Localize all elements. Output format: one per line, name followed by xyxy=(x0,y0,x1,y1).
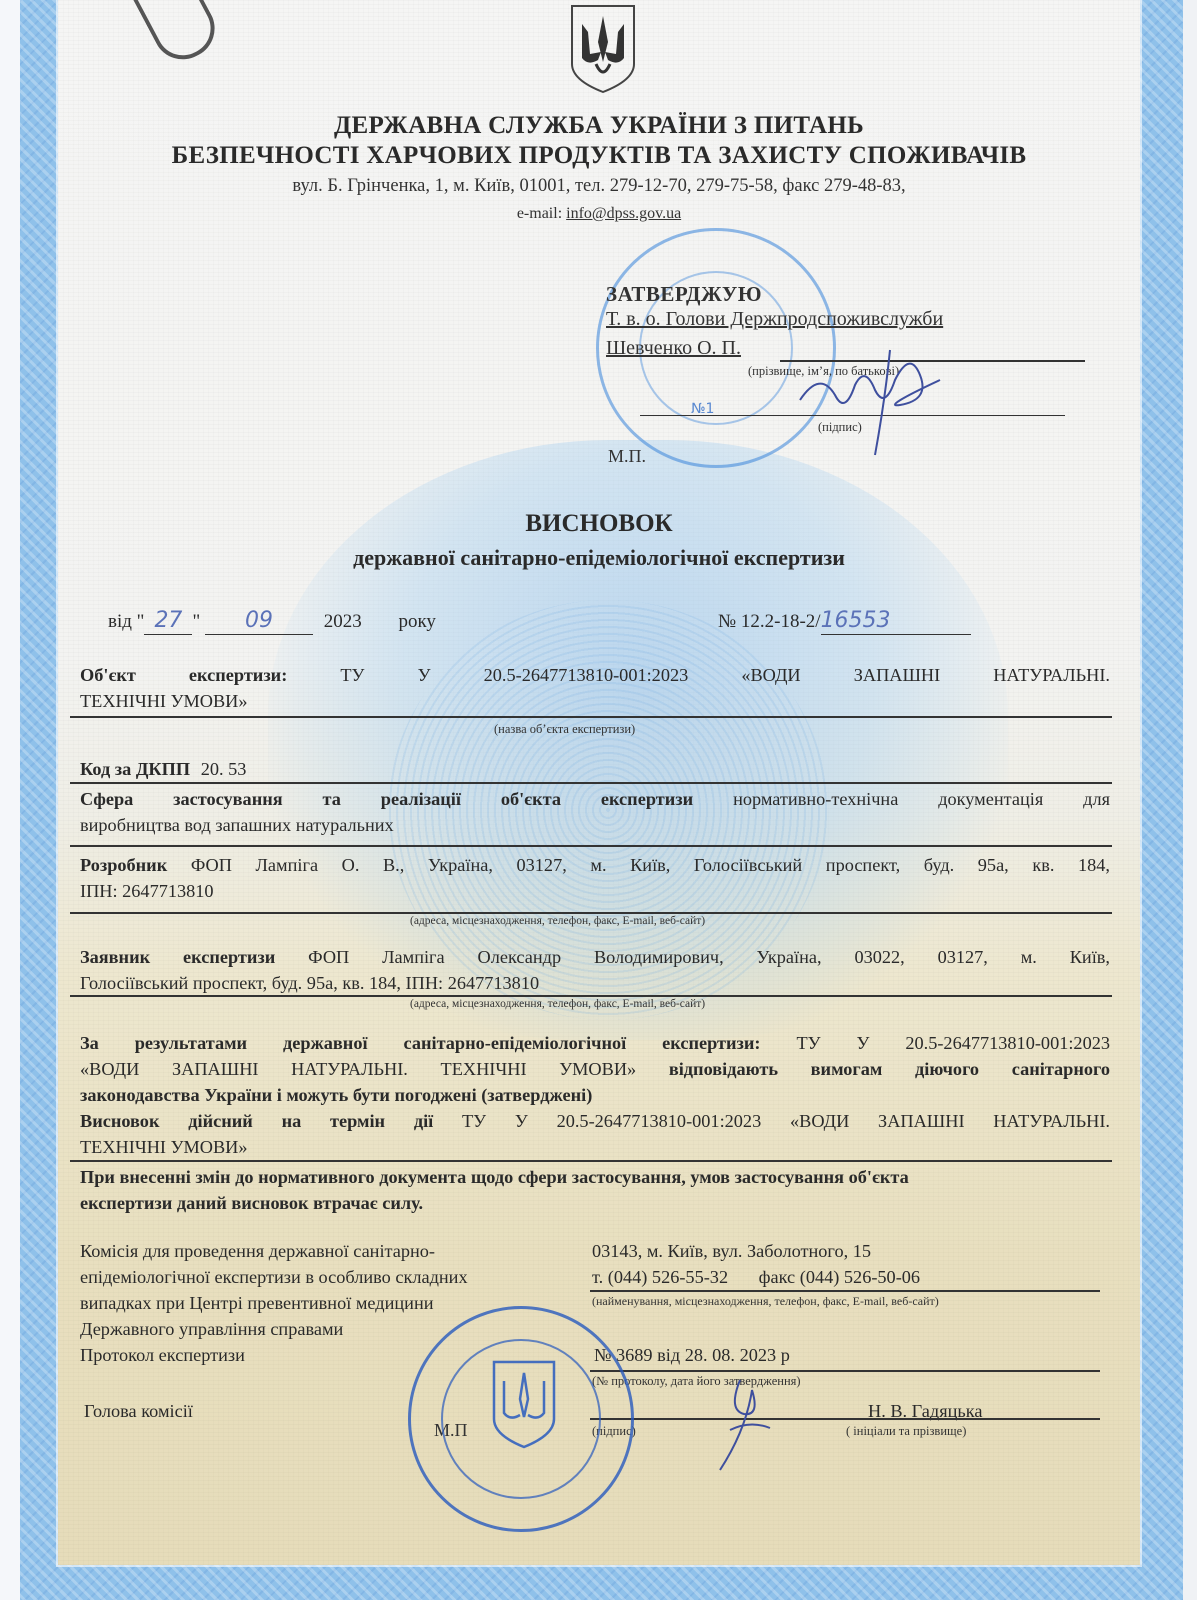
protocol-label: Протокол експертизи xyxy=(80,1342,245,1368)
developer-value-line2: ІПН: 2647713810 xyxy=(80,878,214,904)
document-number-handwritten: 16553 xyxy=(821,608,971,635)
trident-emblem-icon xyxy=(568,2,638,94)
document-number: № 12.2-18-2/16553 xyxy=(718,608,971,635)
background-right xyxy=(1183,0,1197,1600)
validity-label: Висновок дійсний на термін дії xyxy=(80,1111,433,1131)
approval-title: ЗАТВЕРДЖУЮ xyxy=(606,282,762,307)
org-name-line1: ДЕРЖАВНА СЛУЖБА УКРАЇНИ З ПИТАНЬ xyxy=(58,112,1140,140)
commission-phone: т. (044) 526-55-32 xyxy=(592,1267,728,1287)
background-left xyxy=(0,0,20,1600)
validity-line1: Висновок дійсний на термін дії ТУ У 20.5… xyxy=(80,1108,1110,1134)
dkpp-row: Код за ДКПП 20. 53 xyxy=(80,756,246,782)
applicant-label: Заявник експертизи xyxy=(80,947,275,967)
dkpp-value: 20. 53 xyxy=(201,759,247,779)
result-label: За результатами державної санітарно-епід… xyxy=(80,1033,761,1053)
commission-contacts: т. (044) 526-55-32 факс (044) 526-50-06 xyxy=(592,1264,920,1290)
scope-value-line2: виробництва вод запашних натуральних xyxy=(80,812,394,838)
applicant-caption: (адреса, місцезнаходження, телефон, факс… xyxy=(410,998,705,1010)
date-month: 09 xyxy=(205,608,313,635)
email-label: e-mail: xyxy=(517,205,562,222)
commission-address: 03143, м. Київ, вул. Заболотного, 15 xyxy=(592,1238,871,1264)
developer-value-line1: ФОП Лампіга О. В., Україна, 03127, м. Ки… xyxy=(191,855,1110,875)
object-value-line1: ТУ У 20.5-2647713810-001:2023 «ВОДИ ЗАПА… xyxy=(340,665,1110,685)
org-email-row: e-mail: info@dpss.gov.ua xyxy=(58,205,1140,223)
stamp-trident-icon xyxy=(491,1359,557,1449)
applicant-value-line2: Голосіївський проспект, буд. 95а, кв. 18… xyxy=(80,970,539,996)
document-subtitle: державної санітарно-епідеміологічної екс… xyxy=(58,545,1140,571)
result-value-line2: «ВОДИ ЗАПАШНІ НАТУРАЛЬНІ. ТЕХНІЧНІ УМОВИ… xyxy=(80,1059,636,1079)
scope-label: Сфера застосування та реалізації об'єкта… xyxy=(80,789,693,809)
developer-label: Розробник xyxy=(80,855,167,875)
scope-value-line1: нормативно-технічна документація для xyxy=(733,789,1110,809)
date-year: 2023 xyxy=(324,611,362,632)
document-title: ВИСНОВОК xyxy=(58,510,1140,538)
head-name: Н. В. Гадяцька xyxy=(868,1398,982,1424)
validity-value-line1: ТУ У 20.5-2647713810-001:2023 «ВОДИ ЗАПА… xyxy=(462,1111,1110,1131)
protocol-value: № 3689 від 28. 08. 2023 р xyxy=(594,1342,790,1368)
date-day: 27 xyxy=(144,608,192,635)
approval-position: Т. в. о. Голови Держпродспоживслужби xyxy=(606,308,943,331)
commission-fax: факс (044) 526-50-06 xyxy=(759,1267,920,1287)
warning-line1: При внесенні змін до нормативного докуме… xyxy=(80,1164,1110,1190)
approval-mp: М.П. xyxy=(608,446,646,467)
head-name-caption: ( ініціали та прізвище) xyxy=(846,1424,966,1439)
object-caption: (назва об’єкта експертизи) xyxy=(494,722,635,737)
commission-name: Комісія для проведення державної санітар… xyxy=(80,1238,468,1342)
applicant-value-line1: ФОП Лампіга Олександр Володимирович, Укр… xyxy=(308,947,1110,967)
result-line3: законодавства України і можуть бути пого… xyxy=(80,1082,592,1108)
org-address: вул. Б. Грінченка, 1, м. Київ, 01001, те… xyxy=(58,176,1140,197)
approval-signature xyxy=(790,330,950,460)
commission-head-signature xyxy=(700,1370,780,1480)
warning-line2: експертизи даний висновок втрачає силу. xyxy=(80,1190,423,1216)
object-value-line2: ТЕХНІЧНІ УМОВИ» xyxy=(80,688,248,714)
object-label: Об'єкт експертизи: xyxy=(80,665,287,685)
result-value-line1: ТУ У 20.5-2647713810-001:2023 xyxy=(796,1033,1110,1053)
dkpp-label: Код за ДКПП xyxy=(80,759,190,779)
applicant-row-line1: Заявник експертизи ФОП Лампіга Олександр… xyxy=(80,944,1110,970)
developer-caption: (адреса, місцезнаходження, телефон, факс… xyxy=(410,915,705,927)
result-conclusion: відповідають вимогам діючого санітарного xyxy=(669,1059,1110,1079)
org-name-line2: БЕЗПЕЧНОСТІ ХАРЧОВИХ ПРОДУКТІВ ТА ЗАХИСТ… xyxy=(58,142,1140,170)
email-link[interactable]: info@dpss.gov.ua xyxy=(566,205,681,222)
result-line1: За результатами державної санітарно-епід… xyxy=(80,1030,1110,1056)
object-row-line1: Об'єкт експертизи: ТУ У 20.5-2647713810-… xyxy=(80,662,1110,688)
head-label: Голова комісії xyxy=(84,1398,193,1424)
commission-stamp xyxy=(408,1306,634,1532)
document-date: від "27" 09 2023 року xyxy=(108,608,436,635)
result-line2: «ВОДИ ЗАПАШНІ НАТУРАЛЬНІ. ТЕХНІЧНІ УМОВИ… xyxy=(80,1056,1110,1082)
date-suffix: року xyxy=(398,611,435,632)
validity-value-line2: ТЕХНІЧНІ УМОВИ» xyxy=(80,1134,248,1160)
developer-row-line1: Розробник ФОП Лампіга О. В., Україна, 03… xyxy=(80,852,1110,878)
approval-name: Шевченко О. П. xyxy=(606,337,741,360)
commission-address-caption: (найменування, місцезнаходження, телефон… xyxy=(592,1294,939,1309)
scope-row-line1: Сфера застосування та реалізації об'єкта… xyxy=(80,786,1110,812)
